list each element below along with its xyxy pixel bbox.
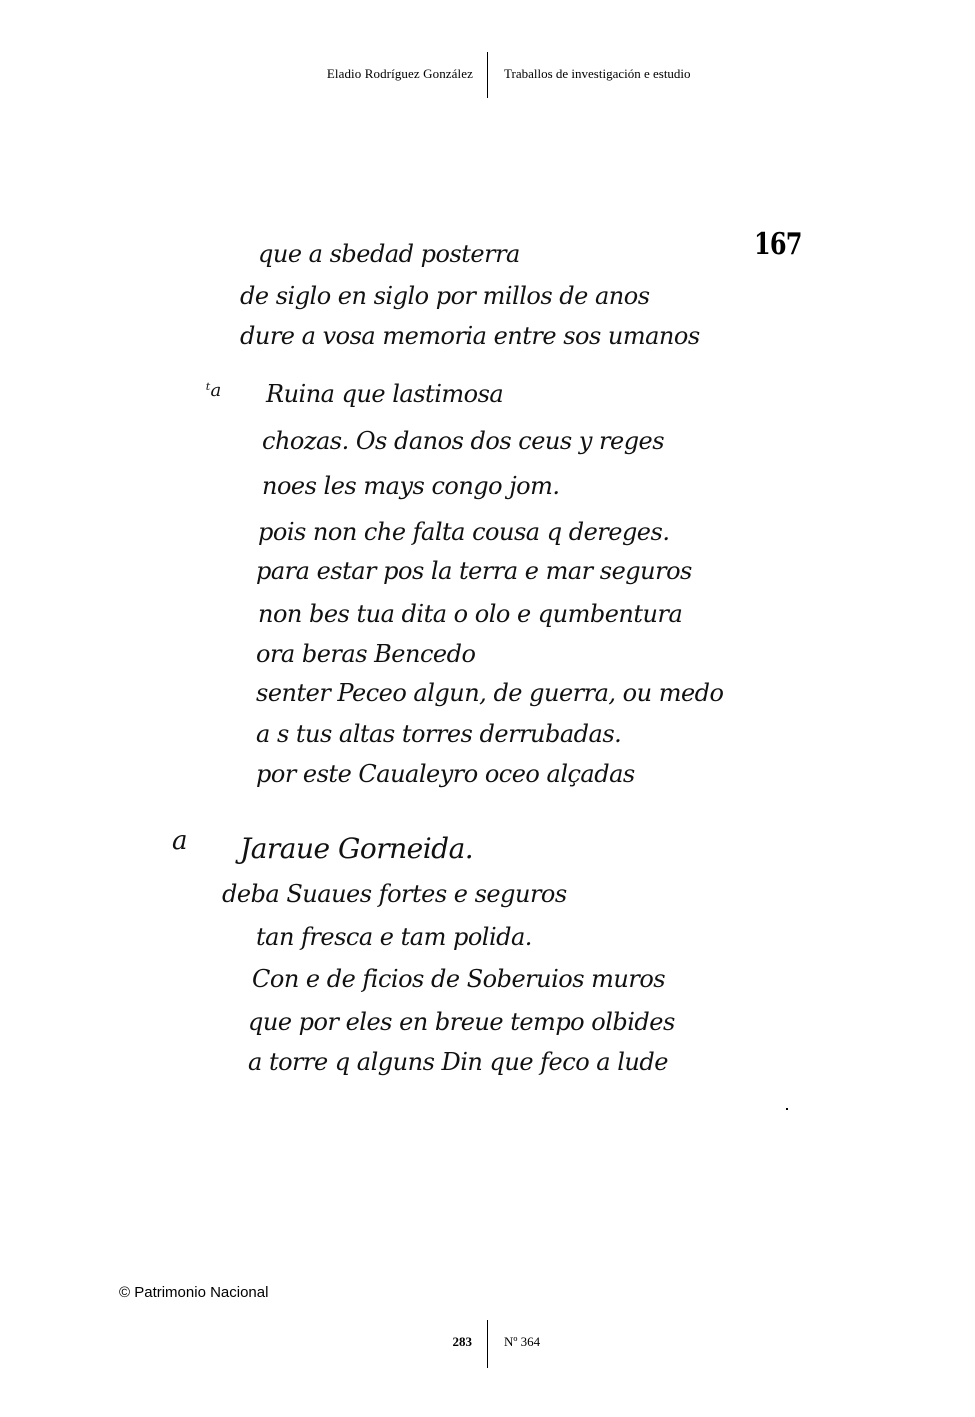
page-number: 283 (453, 1334, 473, 1350)
manuscript-line: de siglo en siglo por millos de anos (240, 282, 650, 310)
margin-mark: ᵗa (206, 380, 221, 401)
manuscript-line: que a sbedad posterra (258, 240, 520, 268)
manuscript-line: Jaraue Gorneida. (240, 832, 473, 865)
manuscript-line: tan fresca e tam polida. (256, 923, 532, 951)
margin-mark: a (172, 826, 188, 856)
manuscript-line: pois non che falta cousa q dereges. (258, 518, 669, 546)
scan-speck (786, 1108, 788, 1110)
manuscript-line: noes les mays congo jom. (262, 472, 560, 500)
manuscript-line: senter Peceo algun, de guerra, ou medo (256, 679, 723, 707)
page-footer: 283 Nº 364 (0, 1320, 975, 1370)
manuscript-line: non bes tua dita o olo e qumbentura (258, 600, 682, 628)
footer-divider (487, 1320, 488, 1368)
issue-number: Nº 364 (504, 1334, 540, 1350)
manuscript-line: Ruina que lastimosa (266, 380, 503, 408)
manuscript-line: chozas. Os danos dos ceus y reges (262, 427, 664, 455)
manuscript-line: a torre q alguns Din que feco a lude (248, 1048, 668, 1076)
manuscript-line: dure a vosa memoria entre sos umanos (240, 322, 700, 350)
manuscript-line: ora beras Bencedo (256, 640, 475, 668)
manuscript-line: por este Caualeyro oceo alçadas (256, 760, 635, 788)
manuscript-line: que por eles en breue tempo olbides (248, 1008, 675, 1036)
manuscript-line: para estar pos la terra e mar seguros (256, 557, 692, 585)
manuscript-line: a s tus altas torres derrubadas. (256, 720, 621, 748)
manuscript-line: Con e de ficios de Soberuios muros (252, 965, 665, 993)
manuscript-folio-number: 167 (754, 227, 802, 262)
manuscript-scan: 167 ᵗa a que a sbedad posterra de siglo … (0, 0, 975, 1417)
manuscript-line: deba Suaues fortes e seguros (222, 880, 567, 908)
copyright-credit: © Patrimonio Nacional (119, 1284, 268, 1301)
